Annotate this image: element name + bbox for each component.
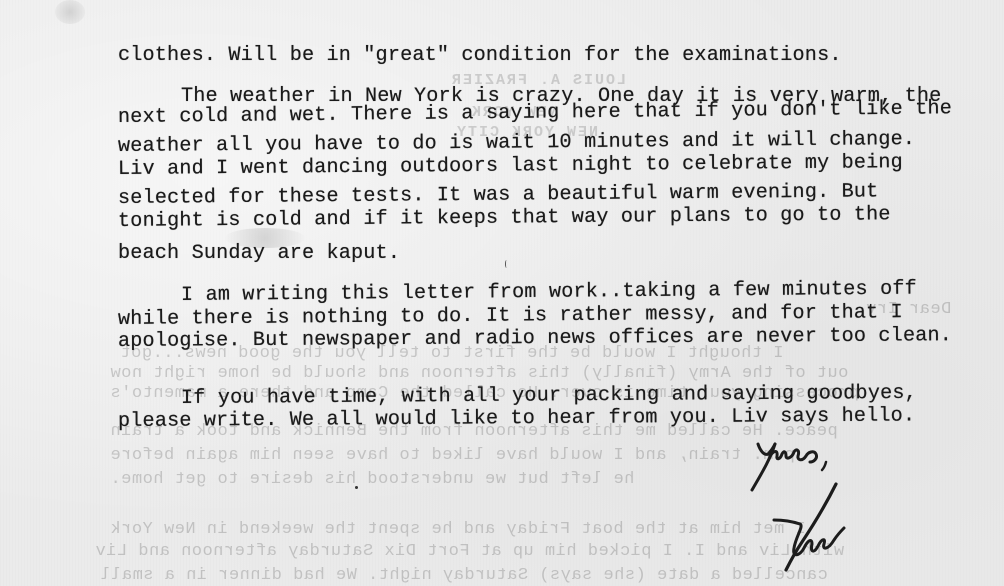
bleed-line: p.m. train, and I would have liked to ha… bbox=[110, 446, 795, 465]
letter-page: LOUIS A. FRAZIER NEW YORK NEW YORK CITY … bbox=[0, 0, 1004, 586]
letter-line: beach Sunday are kaput. bbox=[118, 242, 400, 265]
letter-line: clothes. Will be in "great" condition fo… bbox=[118, 44, 842, 67]
ink-mark bbox=[355, 486, 358, 489]
ink-mark bbox=[505, 260, 508, 268]
bleed-line: I met him at the boat Friday and he spen… bbox=[110, 520, 806, 539]
letter-line: apologise. But newspaper and radio news … bbox=[118, 324, 952, 353]
handwritten-signature bbox=[730, 440, 910, 586]
bleed-line: cancelled a date (she says) Saturday nig… bbox=[100, 566, 828, 585]
bleed-line: out of the Army (finally) this afternoon… bbox=[110, 364, 848, 383]
bleed-line: he left but we understood his desire to … bbox=[110, 470, 634, 489]
paper-smudge bbox=[55, 0, 85, 24]
